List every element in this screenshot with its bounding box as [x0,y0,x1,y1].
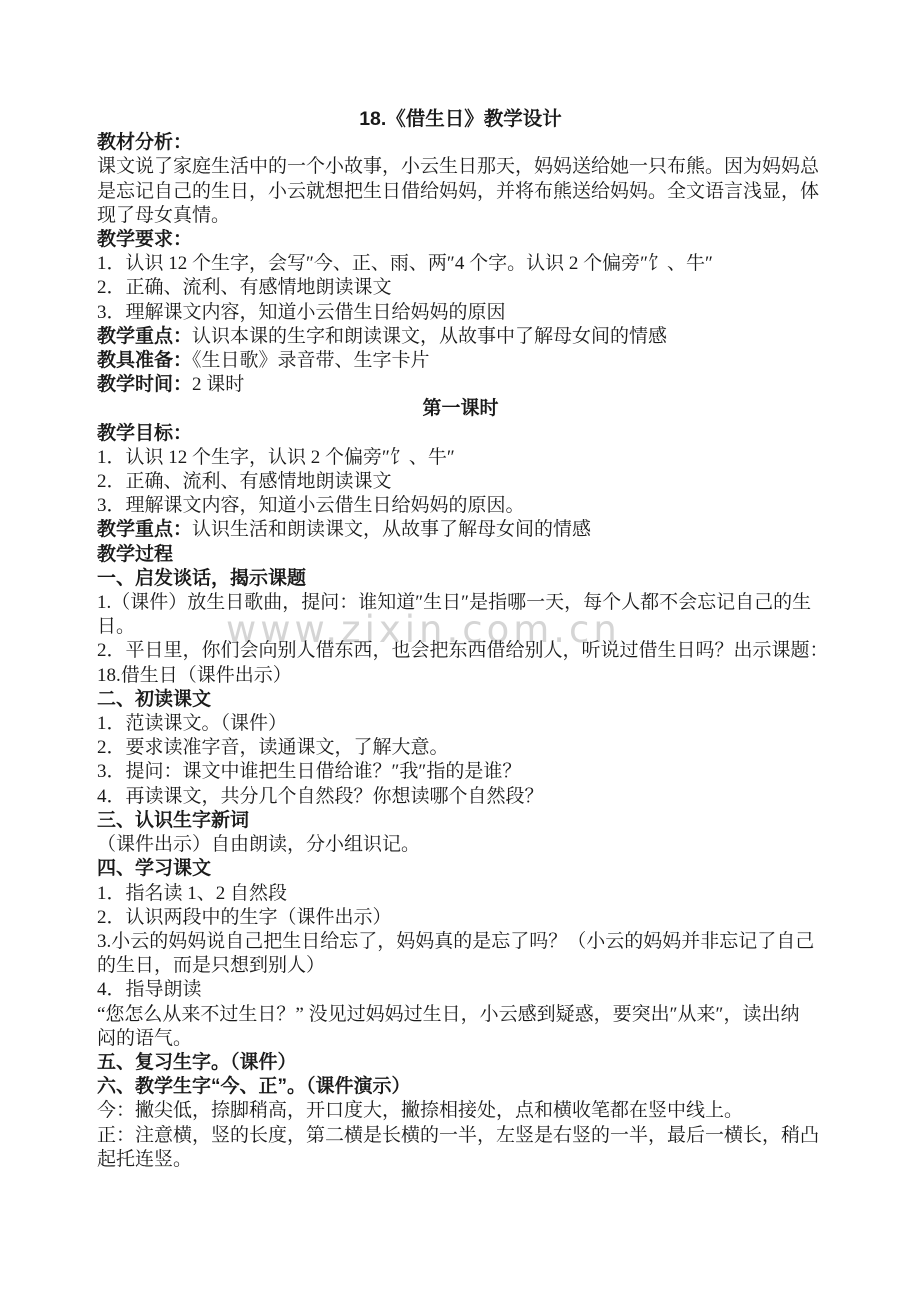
paragraph-line: 闷的语气。 [97,1027,824,1051]
document-content: 18.《借生日》教学设计 教材分析： 课文说了家庭生活中的一个小故事，小云生日那… [97,107,824,1172]
paragraph-line: 3．理解课文内容，知道小云借生日给妈妈的原因。 [97,494,824,518]
section-heading: 教学过程 [97,543,824,567]
heading-prefix: 教学时间： [97,374,192,395]
section-heading: 六、教学生字“今、正”。（课件演示） [97,1075,824,1099]
paragraph-line: 2．正确、流利、有感情地朗读课文 [97,470,824,494]
paragraph-line: 18.借生日（课件出示） [97,664,824,688]
section-heading: 三、认识生字新词 [97,809,824,833]
section-heading: 第一课时 [97,397,824,421]
paragraph-line: 课文说了家庭生活中的一个小故事，小云生日那天，妈妈送给她一只布熊。因为妈妈总 [97,155,824,179]
paragraph-line: 教具准备：《生日歌》录音带、生字卡片 [97,349,824,373]
paragraph-line: 的生日，而是只想到别人） [97,954,824,978]
paragraph-line: 4．指导朗读 [97,978,824,1002]
paragraph-line: （课件出示）自由朗读，分小组识记。 [97,833,824,857]
paragraph-line: 4．再读课文，共分几个自然段？你想读哪个自然段？ [97,785,824,809]
line-text: 《生日歌》录音带、生字卡片 [192,350,430,371]
paragraph-line: 是忘记自己的生日，小云就想把生日借给妈妈，并将布熊送给妈妈。全文语言浅显，体 [97,180,824,204]
section-heading: 四、学习课文 [97,857,824,881]
paragraph-line: 3．理解课文内容，知道小云借生日给妈妈的原因 [97,301,824,325]
paragraph-line: 1．范读课文。（课件） [97,712,824,736]
document-title: 18.《借生日》教学设计 [97,107,824,131]
paragraph-line: 教学时间：2 课时 [97,373,824,397]
section-heading: 二、初读课文 [97,688,824,712]
paragraph-line: 1．认识 12 个生字，认识 2 个偏旁″饣、牛″ [97,446,824,470]
paragraph-line: 2．认识两段中的生字（课件出示） [97,906,824,930]
paragraph-line: 3．提问：课文中谁把生日借给谁？″我″指的是谁？ [97,760,824,784]
heading-prefix: 教学重点： [97,519,192,540]
paragraph-line: 3.小云的妈妈说自己把生日给忘了，妈妈真的是忘了吗？（小云的妈妈并非忘记了自己 [97,930,824,954]
paragraph-line: 2．要求读准字音，读通课文，了解大意。 [97,736,824,760]
paragraph-line: “您怎么从来不过生日？” 没见过妈妈过生日，小云感到疑惑，要突出″从来″，读出纳 [97,1003,824,1027]
section-heading: 教学目标： [97,422,824,446]
paragraph-line: 1．指名读 1、2 自然段 [97,882,824,906]
line-text: 认识本课的生字和朗读课文，从故事中了解母女间的情感 [192,326,667,347]
paragraph-line: 现了母女真情。 [97,204,824,228]
section-heading: 一、启发谈话，揭示课题 [97,567,824,591]
paragraph-line: 今：撇尖低，捺脚稍高，开口度大，撇捺相接处，点和横收笔都在竖中线上。 [97,1099,824,1123]
document-page: www.zixin.com.cn 18.《借生日》教学设计 教材分析： 课文说了… [0,0,920,1302]
paragraph-line: 1.（课件）放生日歌曲，提问：谁知道″生日″是指哪一天，每个人都不会忘记自己的生 [97,591,824,615]
paragraph-line: 教学重点：认识本课的生字和朗读课文，从故事中了解母女间的情感 [97,325,824,349]
paragraph-line: 起托连竖。 [97,1148,824,1172]
line-text: 2 课时 [192,374,244,395]
paragraph-line: 日。 [97,615,824,639]
section-heading: 教材分析： [97,131,824,155]
paragraph-line: 正：注意横，竖的长度，第二横是长横的一半，左竖是右竖的一半，最后一横长，稍凸 [97,1124,824,1148]
heading-prefix: 教具准备： [97,350,192,371]
heading-prefix: 教学重点： [97,326,192,347]
section-heading: 五、复习生字。（课件） [97,1051,824,1075]
line-text: 认识生活和朗读课文，从故事了解母女间的情感 [192,519,591,540]
paragraph-line: 2．平日里，你们会向别人借东西，也会把东西借给别人，听说过借生日吗？出示课题： [97,639,824,663]
paragraph-line: 2．正确、流利、有感情地朗读课文 [97,276,824,300]
paragraph-line: 教学重点：认识生活和朗读课文，从故事了解母女间的情感 [97,518,824,542]
section-heading: 教学要求： [97,228,824,252]
paragraph-line: 1．认识 12 个生字，会写″今、正、雨、两″4 个字。认识 2 个偏旁″饣、牛… [97,252,824,276]
